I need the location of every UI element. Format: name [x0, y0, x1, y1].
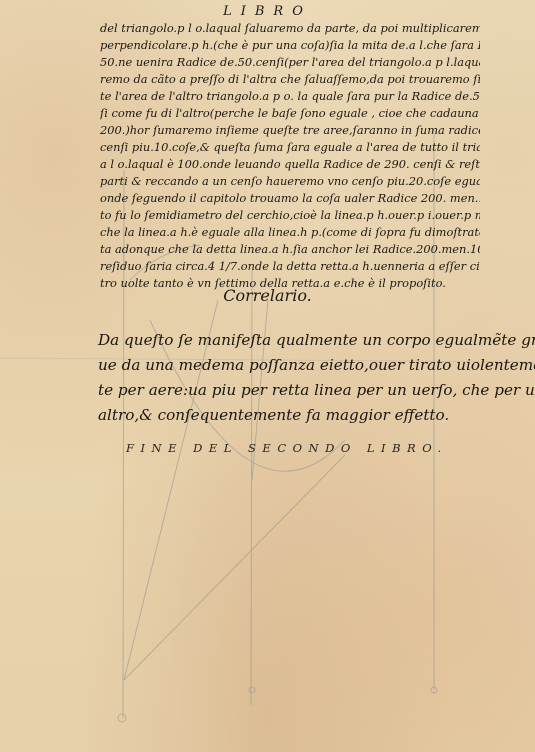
- colophon: FINE DEL SECONDO LIBRO.: [126, 441, 466, 455]
- text-line: a l o.laqual è 100.onde leuando quella R…: [100, 156, 480, 173]
- running-head: LIBRO: [0, 4, 535, 19]
- body-text: del triangolo.p l o.laqual ſaluaremo da …: [100, 20, 480, 292]
- book-page: LIBRO del triangolo.p l o.laqual ſaluare…: [0, 0, 535, 752]
- text-line: remo da cãto a preſſo di l'altra che ſal…: [100, 71, 480, 88]
- corollary-line: te per aere:ua piu per retta linea per u…: [98, 378, 488, 403]
- text-line: te l'area de l'altro triangolo.a p o. la…: [100, 88, 480, 105]
- text-line: ſi come fu di l'altro(perche le baſe ſon…: [100, 105, 480, 122]
- text-line: che la linea.a h.è eguale alla linea.h p…: [100, 224, 480, 241]
- text-line: perpendicolare.p h.(che è pur una coſa)ſ…: [100, 37, 480, 54]
- text-line: parti & reccando a un cenſo haueremo vno…: [100, 173, 480, 190]
- section-heading: Correlario.: [0, 286, 535, 305]
- text-line: cenſi piu.10.coſe,& queſta ſuma ſara egu…: [100, 139, 480, 156]
- text-line: reſiduo ſaria circa.4 1/7.onde la detta …: [100, 258, 480, 275]
- corollary-line: Da queſto ſe manifeſta qualmente un corp…: [98, 328, 488, 353]
- text-line: 200.)hor ſumaremo inſieme queſte tre are…: [100, 122, 480, 139]
- text-line: del triangolo.p l o.laqual ſaluaremo da …: [100, 20, 480, 37]
- corollary-line: ue da una medema poſſanza eietto,ouer ti…: [98, 353, 488, 378]
- corollary-line: altro,& conſequentemente fa maggior effe…: [98, 403, 488, 428]
- text-line: to fu lo ſemidiametro del cerchio,cioè l…: [100, 207, 480, 224]
- text-line: onde ſeguendo il capitolo trouamo la coſ…: [100, 190, 480, 207]
- text-line: 50.ne uenira Radice de.50.cenſi(per l'ar…: [100, 54, 480, 71]
- text-line: ta adonque che la detta linea.a h.ſia an…: [100, 241, 480, 258]
- corollary-text: Da queſto ſe manifeſta qualmente un corp…: [98, 328, 488, 428]
